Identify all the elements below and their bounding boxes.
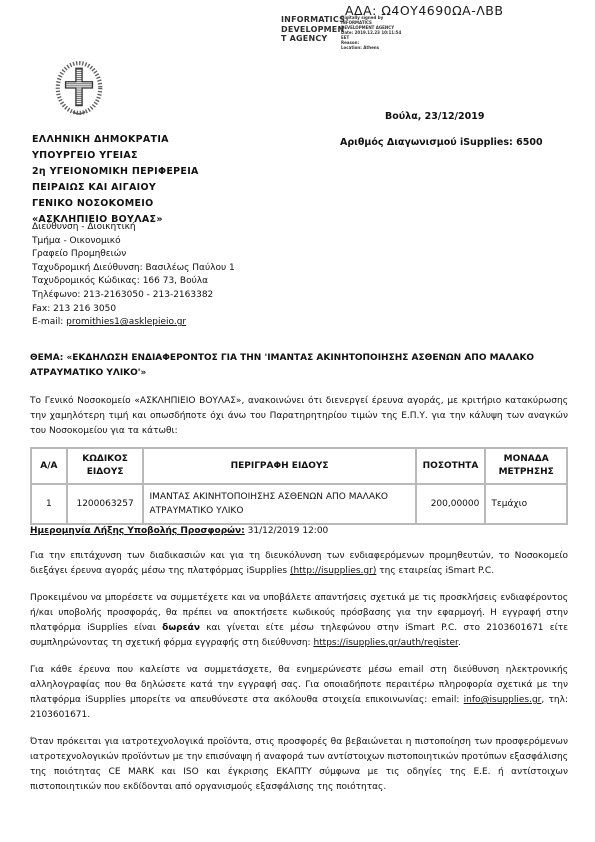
table-header-row: Α/Α ΚΩΔΙΚΟΣ ΕΙΔΟΥΣ ΠΕΡΙΓΡΑΦΗ ΕΙΔΟΥΣ ΠΟΣΟ… <box>31 448 567 484</box>
greek-national-emblem-icon <box>53 60 105 122</box>
contact-line: Ταχυδρομικός Κώδικας: 166 73, Βούλα <box>32 275 235 289</box>
digital-signature-stamp: INFORMATICS DEVELOPMEN T AGENCY Digitall… <box>281 15 419 50</box>
text-segment: Όταν πρόκειται για ιατροτεχνολογικά προϊ… <box>30 737 568 792</box>
org-line: ΠΕΙΡΑΙΩΣ ΚΑΙ ΑΙΓΑΙΟΥ <box>32 180 199 196</box>
cell-aa: 1 <box>31 484 67 524</box>
intro-paragraph: Το Γενικό Νοσοκομείο «ΑΣΚΛΗΠΙΕΙΟ ΒΟΥΛΑΣ»… <box>30 394 568 439</box>
email-link[interactable]: promithies1@asklepieio.gr <box>66 317 186 327</box>
info-email-link[interactable]: info@isupplies.gr <box>464 695 542 705</box>
place-and-date: Βούλα, 23/12/2019 <box>385 111 484 122</box>
deadline-line: Ημερομηνία Λήξης Υποβολής Προσφορών: 31/… <box>30 524 568 539</box>
org-line: ΥΠΟΥΡΓΕΙΟ ΥΓΕΙΑΣ <box>32 148 199 164</box>
stamp-line: INFORMATICS <box>281 15 337 25</box>
contact-line: Fax: 213 216 3050 <box>32 303 235 317</box>
signature-details-text: Digitally signed by INFORMATICS DEVELOPM… <box>341 15 419 50</box>
paragraph-platform: Για την επιτάχυνση των διαδικασιών και γ… <box>30 549 568 579</box>
subject-line: ΘΕΜΑ: «ΕΚΔΗΛΩΣΗ ΕΝΔΙΑΦΕΡΟΝΤΟΣ ΓΙΑ ΤΗΝ 'Ι… <box>30 351 568 380</box>
stamp-line: DEVELOPMEN <box>281 25 337 35</box>
paragraph-registration: Προκειμένου να μπορέσετε να συμμετέχετε … <box>30 591 568 651</box>
contact-line: Ταχυδρομική Διεύθυνση: Βασιλέως Παύλου 1 <box>32 262 235 276</box>
deadline-value: 31/12/2019 12:00 <box>245 526 329 536</box>
isupplies-site-link[interactable]: (http://isupplies.gr) <box>290 566 376 576</box>
col-header-description: ΠΕΡΙΓΡΑΦΗ ΕΙΔΟΥΣ <box>143 448 415 484</box>
table-row: 1 1200063257 ΙΜΑΝΤΑΣ ΑΚΙΝΗΤΟΠΟΙΗΣΗΣ ΑΣΘΕ… <box>31 484 567 524</box>
col-header-aa: Α/Α <box>31 448 67 484</box>
contact-line: Τηλέφωνο: 213-2163050 - 213-2163382 <box>32 289 235 303</box>
col-header-quantity: ΠΟΣΟΤΗΤΑ <box>416 448 486 484</box>
cell-quantity: 200,00000 <box>416 484 486 524</box>
col-header-unit: ΜΟΝΑΔΑ ΜΕΤΡΗΣΗΣ <box>485 448 567 484</box>
free-of-charge-emphasis: δωρεάν <box>162 623 200 633</box>
paragraph-certifications: Όταν πρόκειται για ιατροτεχνολογικά προϊ… <box>30 735 568 795</box>
cell-description: ΙΜΑΝΤΑΣ ΑΚΙΝΗΤΟΠΟΙΗΣΗΣ ΑΣΘΕΝΩΝ ΑΠΟ ΜΑΛΑΚ… <box>143 484 415 524</box>
document-page: ΑΔΑ: Ω4ΟΥ4690ΩΑ-ΛΒΒ INFORMATICS DEVELOPM… <box>0 0 595 842</box>
issuing-authority-block: ΕΛΛΗΝΙΚΗ ΔΗΜΟΚΡΑΤΙΑ ΥΠΟΥΡΓΕΙΟ ΥΓΕΙΑΣ 2η … <box>32 132 199 228</box>
register-link[interactable]: https://isupplies.gr/auth/register <box>313 638 457 648</box>
contact-email-line: E-mail: promithies1@asklepieio.gr <box>32 316 235 330</box>
tender-number: Αριθμός Διαγωνισμού iSupplies: 6500 <box>340 137 543 148</box>
signature-agency-text: INFORMATICS DEVELOPMEN T AGENCY <box>281 15 337 50</box>
stamp-line: T AGENCY <box>281 34 337 44</box>
col-header-code: ΚΩΔΙΚΟΣ ΕΙΔΟΥΣ <box>67 448 144 484</box>
contact-info-block: Διεύθυνση - Διοικητική Τμήμα - Οικονομικ… <box>32 221 235 330</box>
cell-code: 1200063257 <box>67 484 144 524</box>
body-text-block: Ημερομηνία Λήξης Υποβολής Προσφορών: 31/… <box>30 524 568 807</box>
deadline-label: Ημερομηνία Λήξης Υποβολής Προσφορών: <box>30 526 245 536</box>
email-label: E-mail: <box>32 317 66 327</box>
paragraph-notifications: Για κάθε έρευνα που καλείστε να συμμετάσ… <box>30 663 568 723</box>
stamp-detail-line: Location: Athens <box>341 45 419 50</box>
text-segment: . <box>458 638 461 648</box>
text-segment: της εταιρείας iSmart P.C. <box>376 566 494 576</box>
org-line: ΕΛΛΗΝΙΚΗ ΔΗΜΟΚΡΑΤΙΑ <box>32 132 199 148</box>
cell-unit: Τεμάχιο <box>485 484 567 524</box>
contact-line: Γραφείο Προμηθειών <box>32 248 235 262</box>
org-line: 2η ΥΓΕΙΟΝΟΜΙΚΗ ΠΕΡΙΦΕΡΕΙΑ <box>32 164 199 180</box>
contact-line: Τμήμα - Οικονομικό <box>32 235 235 249</box>
contact-line: Διεύθυνση - Διοικητική <box>32 221 235 235</box>
org-line: ΓΕΝΙΚΟ ΝΟΣΟΚΟΜΕΙΟ <box>32 196 199 212</box>
items-table: Α/Α ΚΩΔΙΚΟΣ ΕΙΔΟΥΣ ΠΕΡΙΓΡΑΦΗ ΕΙΔΟΥΣ ΠΟΣΟ… <box>30 447 568 525</box>
